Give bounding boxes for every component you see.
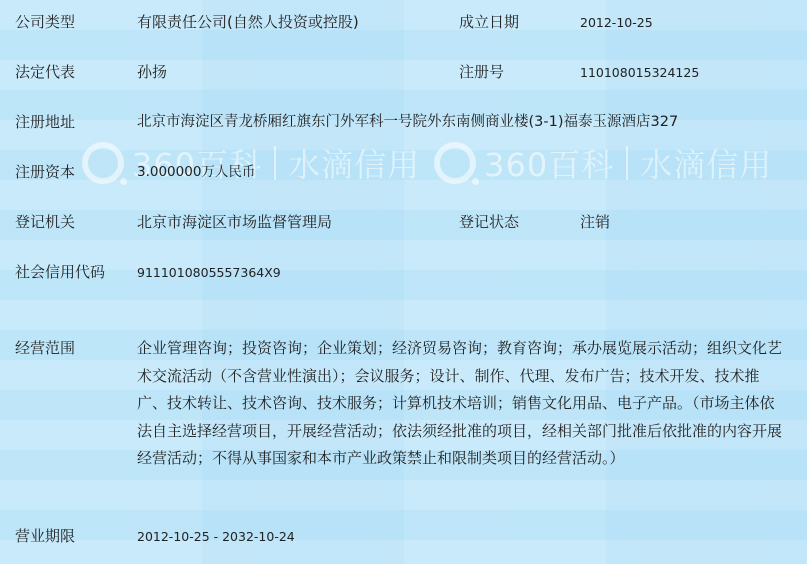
label-business-term: 营业期限 <box>15 524 125 549</box>
label-legal-rep: 法定代表 <box>15 60 125 85</box>
label-reg-capital: 注册资本 <box>15 160 125 185</box>
watermark-partner: 水滴信用 <box>288 140 420 186</box>
label-company-type: 公司类型 <box>15 10 125 35</box>
label-reg-status: 登记状态 <box>459 210 519 235</box>
label-reg-number: 注册号 <box>459 60 504 85</box>
label-reg-authority: 登记机关 <box>15 210 125 235</box>
360-logo-icon <box>434 142 476 184</box>
watermark-brand: 360百科 <box>484 140 614 186</box>
label-reg-address: 注册地址 <box>15 110 125 135</box>
watermark-unit-2: 360百科 水滴信用 <box>434 140 772 186</box>
watermark-divider <box>274 146 276 180</box>
watermark-divider <box>626 146 628 180</box>
value-reg-number: 110108015324125 <box>580 60 699 85</box>
watermark-partner: 水滴信用 <box>640 140 772 186</box>
value-reg-capital: 3.000000万人民币 <box>137 160 255 185</box>
value-reg-authority: 北京市海淀区市场监督管理局 <box>137 210 332 235</box>
value-credit-code: 9111010805557364X9 <box>137 260 281 285</box>
label-founded-date: 成立日期 <box>459 10 519 35</box>
value-company-type: 有限责任公司(自然人投资或控股) <box>137 10 359 35</box>
label-business-scope: 经营范围 <box>15 336 125 361</box>
value-reg-address: 北京市海淀区青龙桥厢红旗东门外军科一号院外东南侧商业楼(3-1)福泰玉源酒店32… <box>137 110 678 135</box>
value-business-term: 2012-10-25 - 2032-10-24 <box>137 524 295 549</box>
label-credit-code: 社会信用代码 <box>15 260 107 285</box>
value-business-scope: 企业管理咨询；投资咨询；企业策划；经济贸易咨询；教育咨询；承办展览展示活动；组织… <box>137 335 787 473</box>
value-legal-rep: 孙扬 <box>137 60 167 85</box>
value-founded-date: 2012-10-25 <box>580 10 653 35</box>
value-reg-status: 注销 <box>580 210 610 235</box>
